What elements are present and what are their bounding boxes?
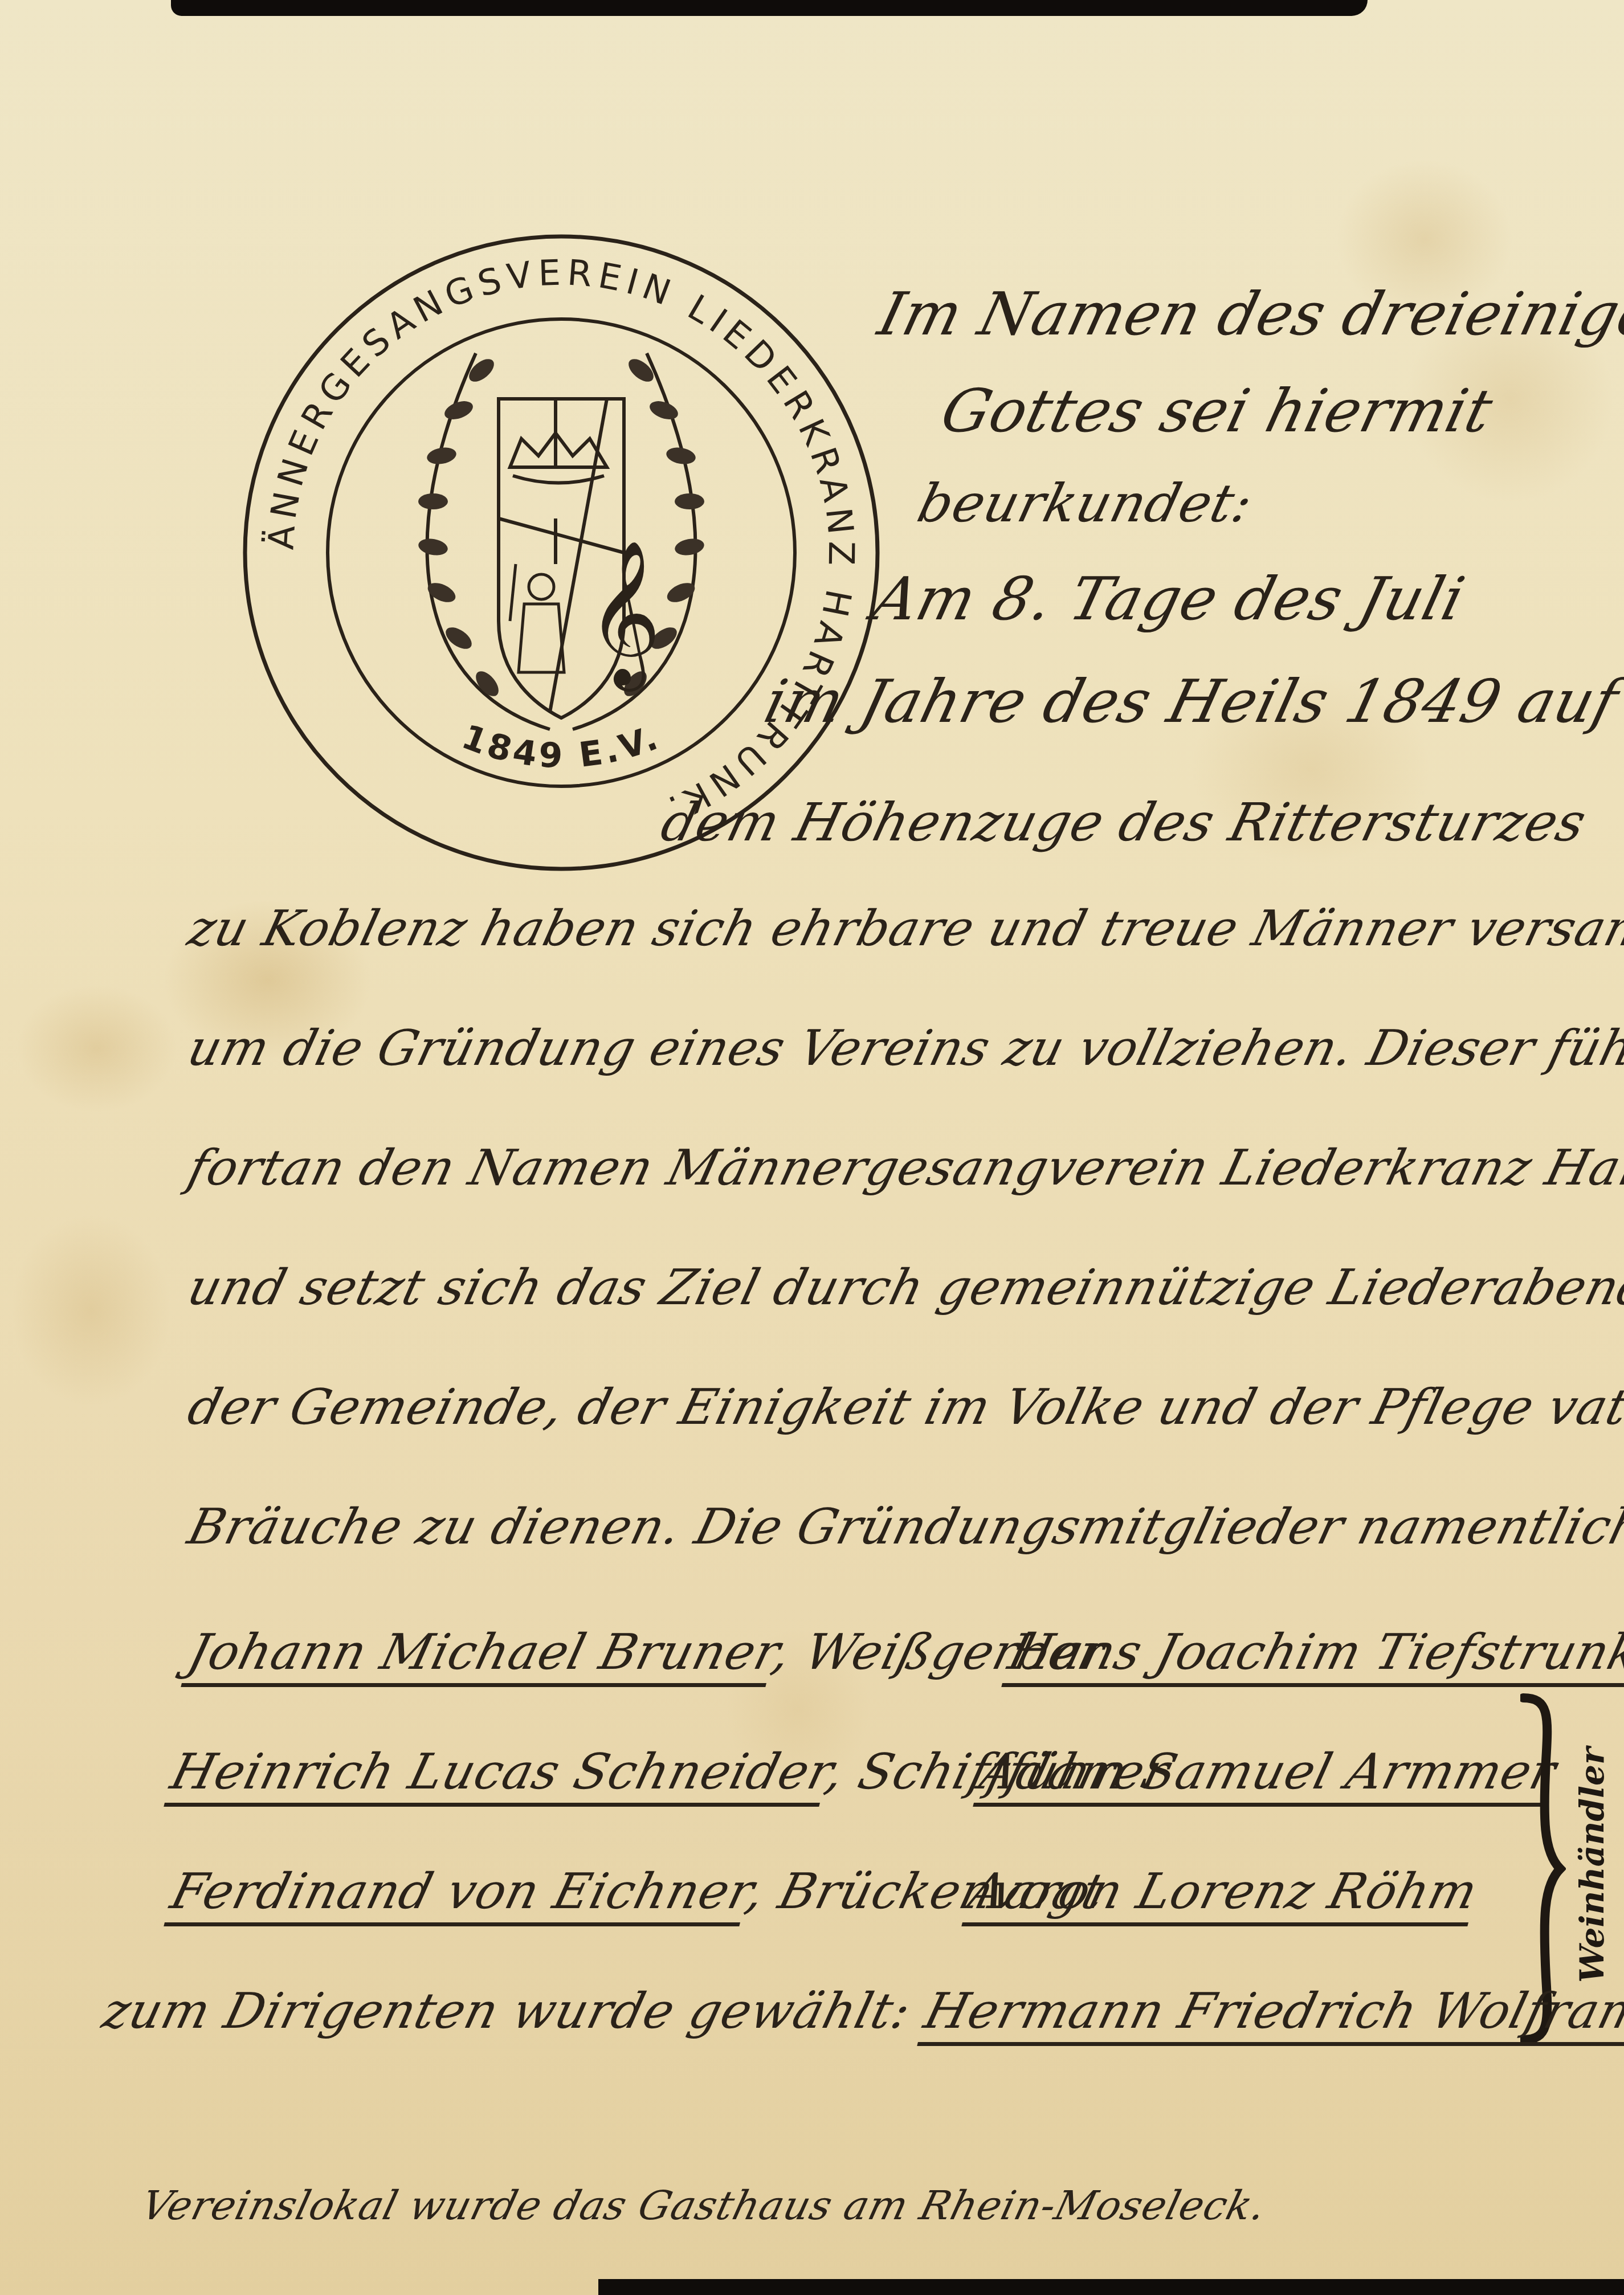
member-right-2: Adam Samuel Armmer xyxy=(974,1743,1562,1800)
text-line-10: und setzt sich das Ziel durch gemeinnütz… xyxy=(182,1259,1624,1316)
conductor-line: zum Dirigenten wurde gewählt: Hermann Fr… xyxy=(97,1983,1624,2040)
bottom-edge-shadow xyxy=(598,2279,1624,2295)
top-edge-shadow xyxy=(171,0,1368,16)
text-line-2: Gottes sei hiermit xyxy=(935,376,1500,446)
seal-graphic: MÄNNERGESANGSVEREIN LIEDERKRANZ HARTTRUN… xyxy=(231,222,892,883)
text-line-12: Bräuche zu dienen. Die Gründungsmitglied… xyxy=(182,1498,1624,1555)
member-right-1: Hans Joachim Tiefstrunk xyxy=(1003,1624,1624,1681)
member-name: Ferdinand von Eichner xyxy=(164,1863,755,1926)
treble-clef-icon: 𝄞 xyxy=(587,539,661,692)
text-line-11: der Gemeinde, der Einigkeit im Volke und… xyxy=(182,1379,1624,1436)
figure-with-bottle-icon xyxy=(510,564,564,672)
text-line-1: Im Namen des dreieinigen xyxy=(872,279,1624,349)
text-line-5: im Jahre des Heils 1849 auf xyxy=(758,667,1624,736)
member-left-1: Johann Michael Bruner, Weißgerber xyxy=(182,1624,1111,1681)
member-name: Hans Joachim Tiefstrunk xyxy=(1001,1624,1624,1687)
member-right-3: Aaron Lorenz Röhm xyxy=(963,1863,1483,1920)
conductor-name: Hermann Friedrich Wolfram Hardlich xyxy=(917,1983,1624,2046)
seal-ring-text-bottom: 1849 E.V. xyxy=(456,717,666,776)
text-line-9: fortan den Namen Männergesangverein Lied… xyxy=(182,1140,1624,1196)
text-line-6: dem Höhenzuge des Rittersturzes xyxy=(655,792,1593,853)
text-line-8: um die Gründung eines Vereins zu vollzie… xyxy=(182,1020,1624,1077)
text-line-3: beurkundet: xyxy=(912,473,1259,534)
member-name: Aaron Lorenz Röhm xyxy=(961,1863,1483,1926)
member-name: Heinrich Lucas Schneider xyxy=(164,1743,834,1807)
conductor-label: zum Dirigenten wurde gewählt: xyxy=(97,1983,917,2040)
text-line-7: zu Koblenz haben sich ehrbare und treue … xyxy=(182,900,1624,957)
group-occupation-note: Weinhändler xyxy=(1573,1747,1611,1983)
footer-note: Vereinslokal wurde das Gasthaus am Rhein… xyxy=(137,2182,1271,2229)
club-seal: MÄNNERGESANGSVEREIN LIEDERKRANZ HARTTRUN… xyxy=(231,222,892,883)
member-name: Adam Samuel Armmer xyxy=(973,1743,1562,1807)
text-line-4: Am 8. Tage des Juli xyxy=(866,564,1472,634)
member-name: Johann Michael Bruner xyxy=(181,1624,781,1687)
